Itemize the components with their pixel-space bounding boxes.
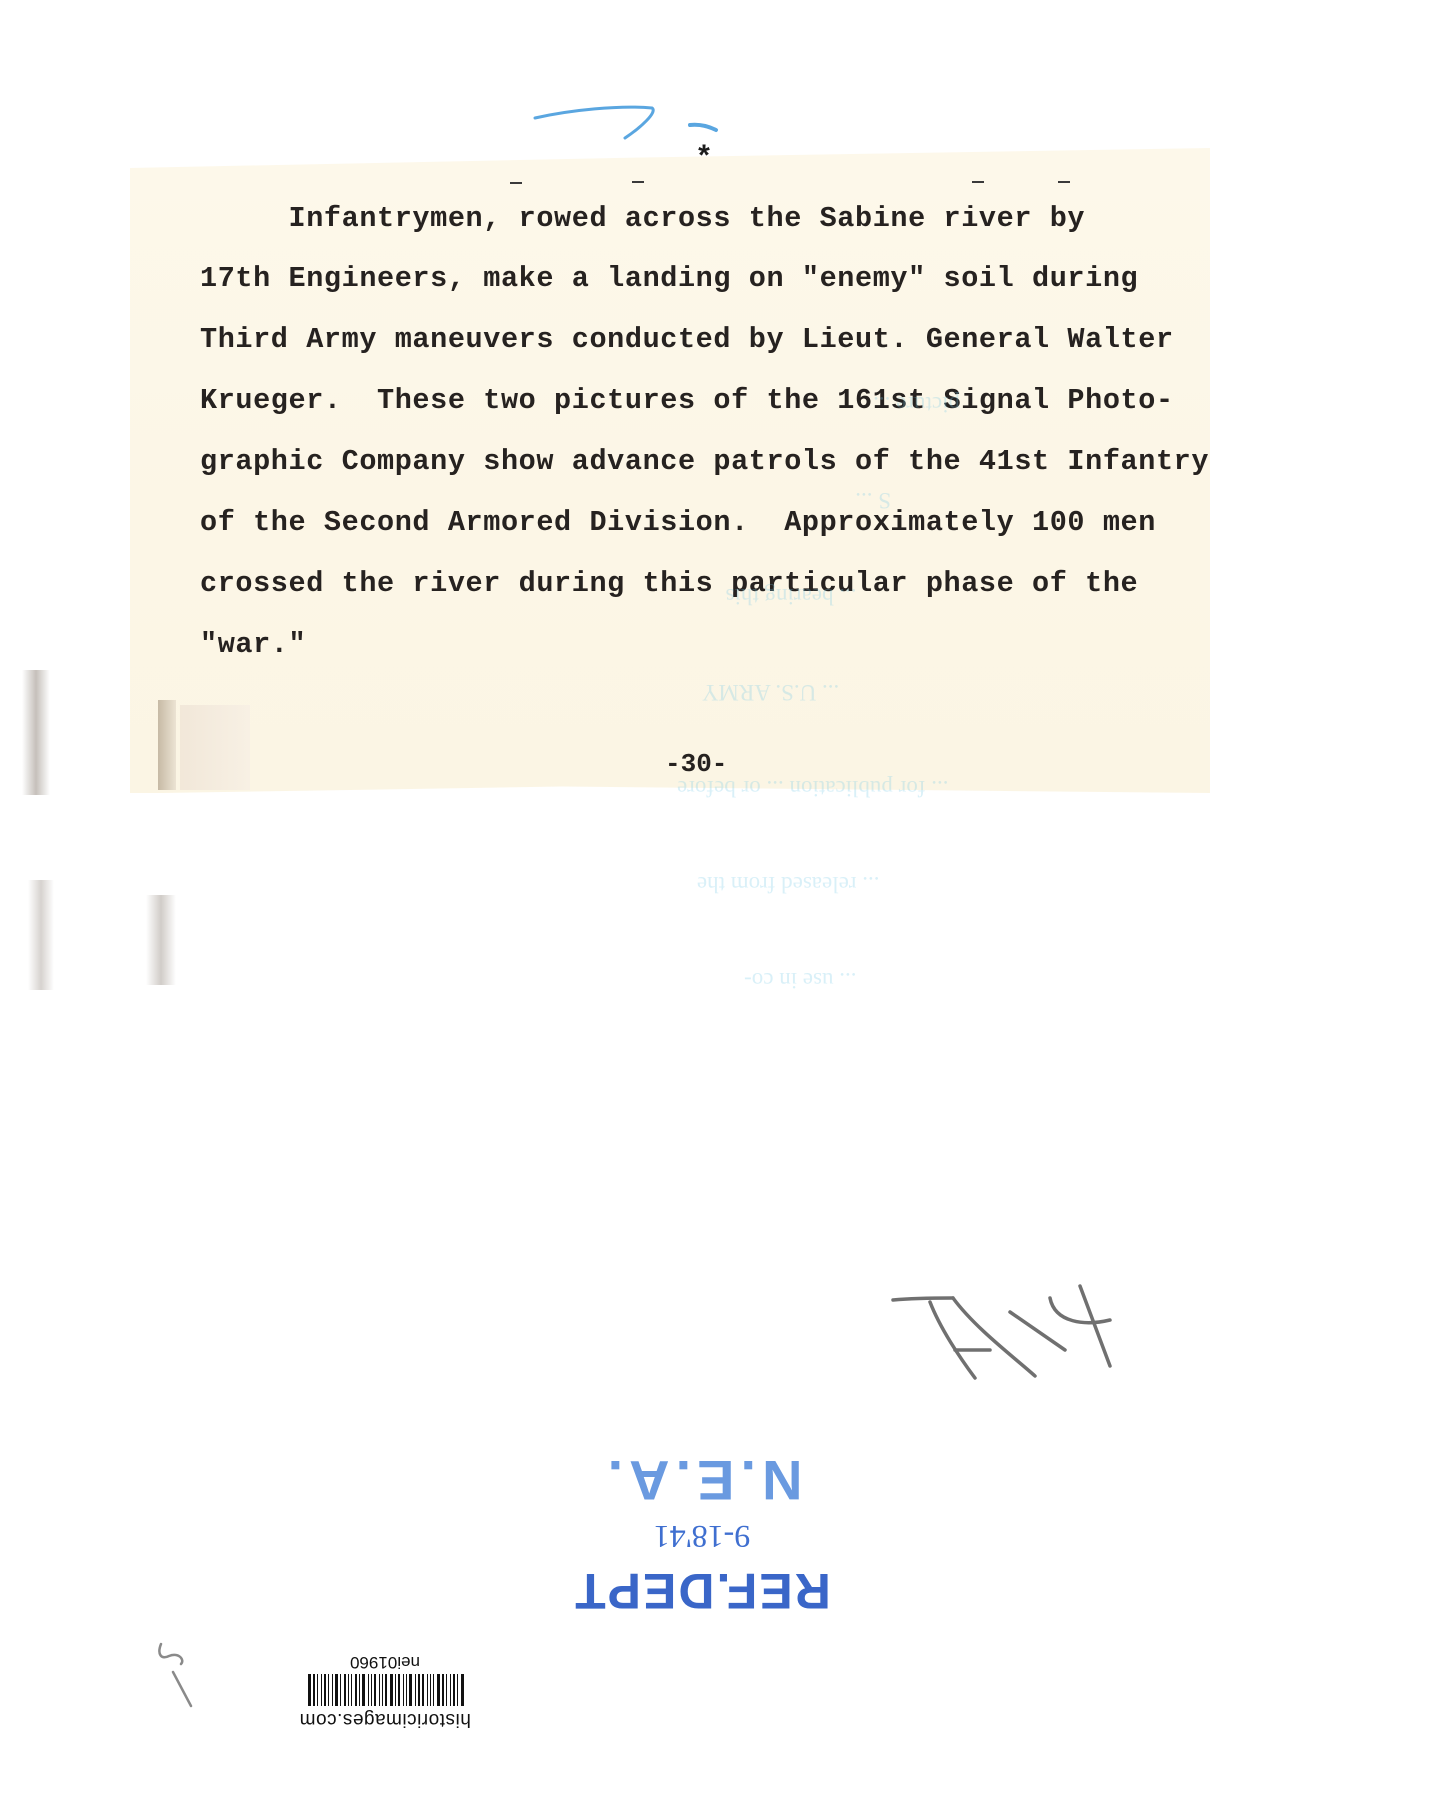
barcode-bar [336, 1674, 339, 1706]
bleed-line: picture ... [320, 388, 960, 420]
barcode-bar [318, 1674, 319, 1706]
barcode-label: historicimages.com nei01960 [275, 1655, 495, 1730]
barcode-icon [275, 1674, 495, 1706]
barcode-bar [345, 1674, 347, 1706]
bleed-line: ... for publication ... or before [320, 772, 960, 804]
caption-line: 17th Engineers, make a landing on "enemy… [200, 262, 1138, 295]
barcode-bar [419, 1674, 421, 1706]
caption-line: Infantrymen, rowed across the Sabine riv… [200, 202, 1085, 235]
bleed-line: ... bearing this [320, 580, 960, 612]
typed-dash [510, 182, 522, 184]
barcode-bar [399, 1674, 401, 1706]
typed-dash [632, 181, 644, 183]
barcode-bar [352, 1674, 353, 1706]
barcode-bar [458, 1674, 459, 1706]
barcode-bar [341, 1674, 342, 1706]
stamp-date: 9-18'41 [552, 1512, 852, 1562]
scan-shadow-strip [28, 880, 54, 990]
barcode-bar [322, 1674, 323, 1706]
barcode-bar [356, 1674, 358, 1706]
pencil-number-icon [155, 1640, 205, 1710]
bleed-through-stamp: ... use in co- ... released from the ...… [320, 820, 960, 1060]
paper-stain [180, 705, 250, 790]
barcode-bar [434, 1674, 435, 1706]
barcode-bar [443, 1674, 445, 1706]
barcode-bar [309, 1674, 312, 1706]
barcode-site: historicimages.com [275, 1708, 495, 1730]
bleed-line: ... use in co- [320, 964, 960, 996]
stamp-dept: REF.DEPT [552, 1562, 852, 1620]
barcode-bar [410, 1674, 413, 1706]
bleed-line: ... U.S. ARMY [320, 676, 960, 708]
barcode-bar [438, 1674, 441, 1706]
barcode-bar [349, 1674, 350, 1706]
stamp-org: N.E.A. [552, 1448, 852, 1512]
barcode-bar [329, 1674, 330, 1706]
barcode-bar [333, 1674, 334, 1706]
pencil-note-icon [885, 1278, 1125, 1388]
barcode-number: nei01960 [275, 1652, 495, 1672]
barcode-bar [383, 1674, 384, 1706]
barcode-bar [404, 1674, 405, 1706]
barcode-bar [363, 1674, 366, 1706]
barcode-bar [423, 1674, 425, 1706]
bleed-line: ... released from the [320, 868, 960, 900]
barcode-bar [416, 1674, 417, 1706]
barcode-bar [451, 1674, 452, 1706]
paper-edge-shadow [158, 700, 176, 790]
barcode-bar [391, 1674, 394, 1706]
header-asterisk: * [695, 142, 713, 176]
barcode-bar [407, 1674, 408, 1706]
typed-dash [1058, 181, 1070, 183]
barcode-bar [369, 1674, 370, 1706]
blue-pen-mark-icon [530, 100, 730, 145]
barcode-bar [314, 1674, 316, 1706]
barcode-bar [325, 1674, 327, 1706]
barcode-bar [386, 1674, 388, 1706]
typed-dash [972, 181, 984, 183]
scan-shadow-strip [22, 670, 50, 795]
caption-line: "war." [200, 628, 306, 661]
barcode-bar [462, 1674, 465, 1706]
bleed-line: S ... [320, 484, 960, 516]
barcode-bar [360, 1674, 361, 1706]
barcode-bar [380, 1674, 381, 1706]
barcode-bar [396, 1674, 397, 1706]
barcode-bar [375, 1674, 377, 1706]
barcode-bar [372, 1674, 373, 1706]
barcode-bar [431, 1674, 432, 1706]
barcode-bar [428, 1674, 429, 1706]
barcode-bar [447, 1674, 448, 1706]
reference-dept-stamp: REF.DEPT 9-18'41 N.E.A. [552, 1410, 852, 1620]
scan-shadow-strip [146, 895, 176, 985]
scanned-photo-back: * Infantrymen, rowed across the Sabine r… [0, 0, 1445, 1798]
barcode-bar [454, 1674, 456, 1706]
